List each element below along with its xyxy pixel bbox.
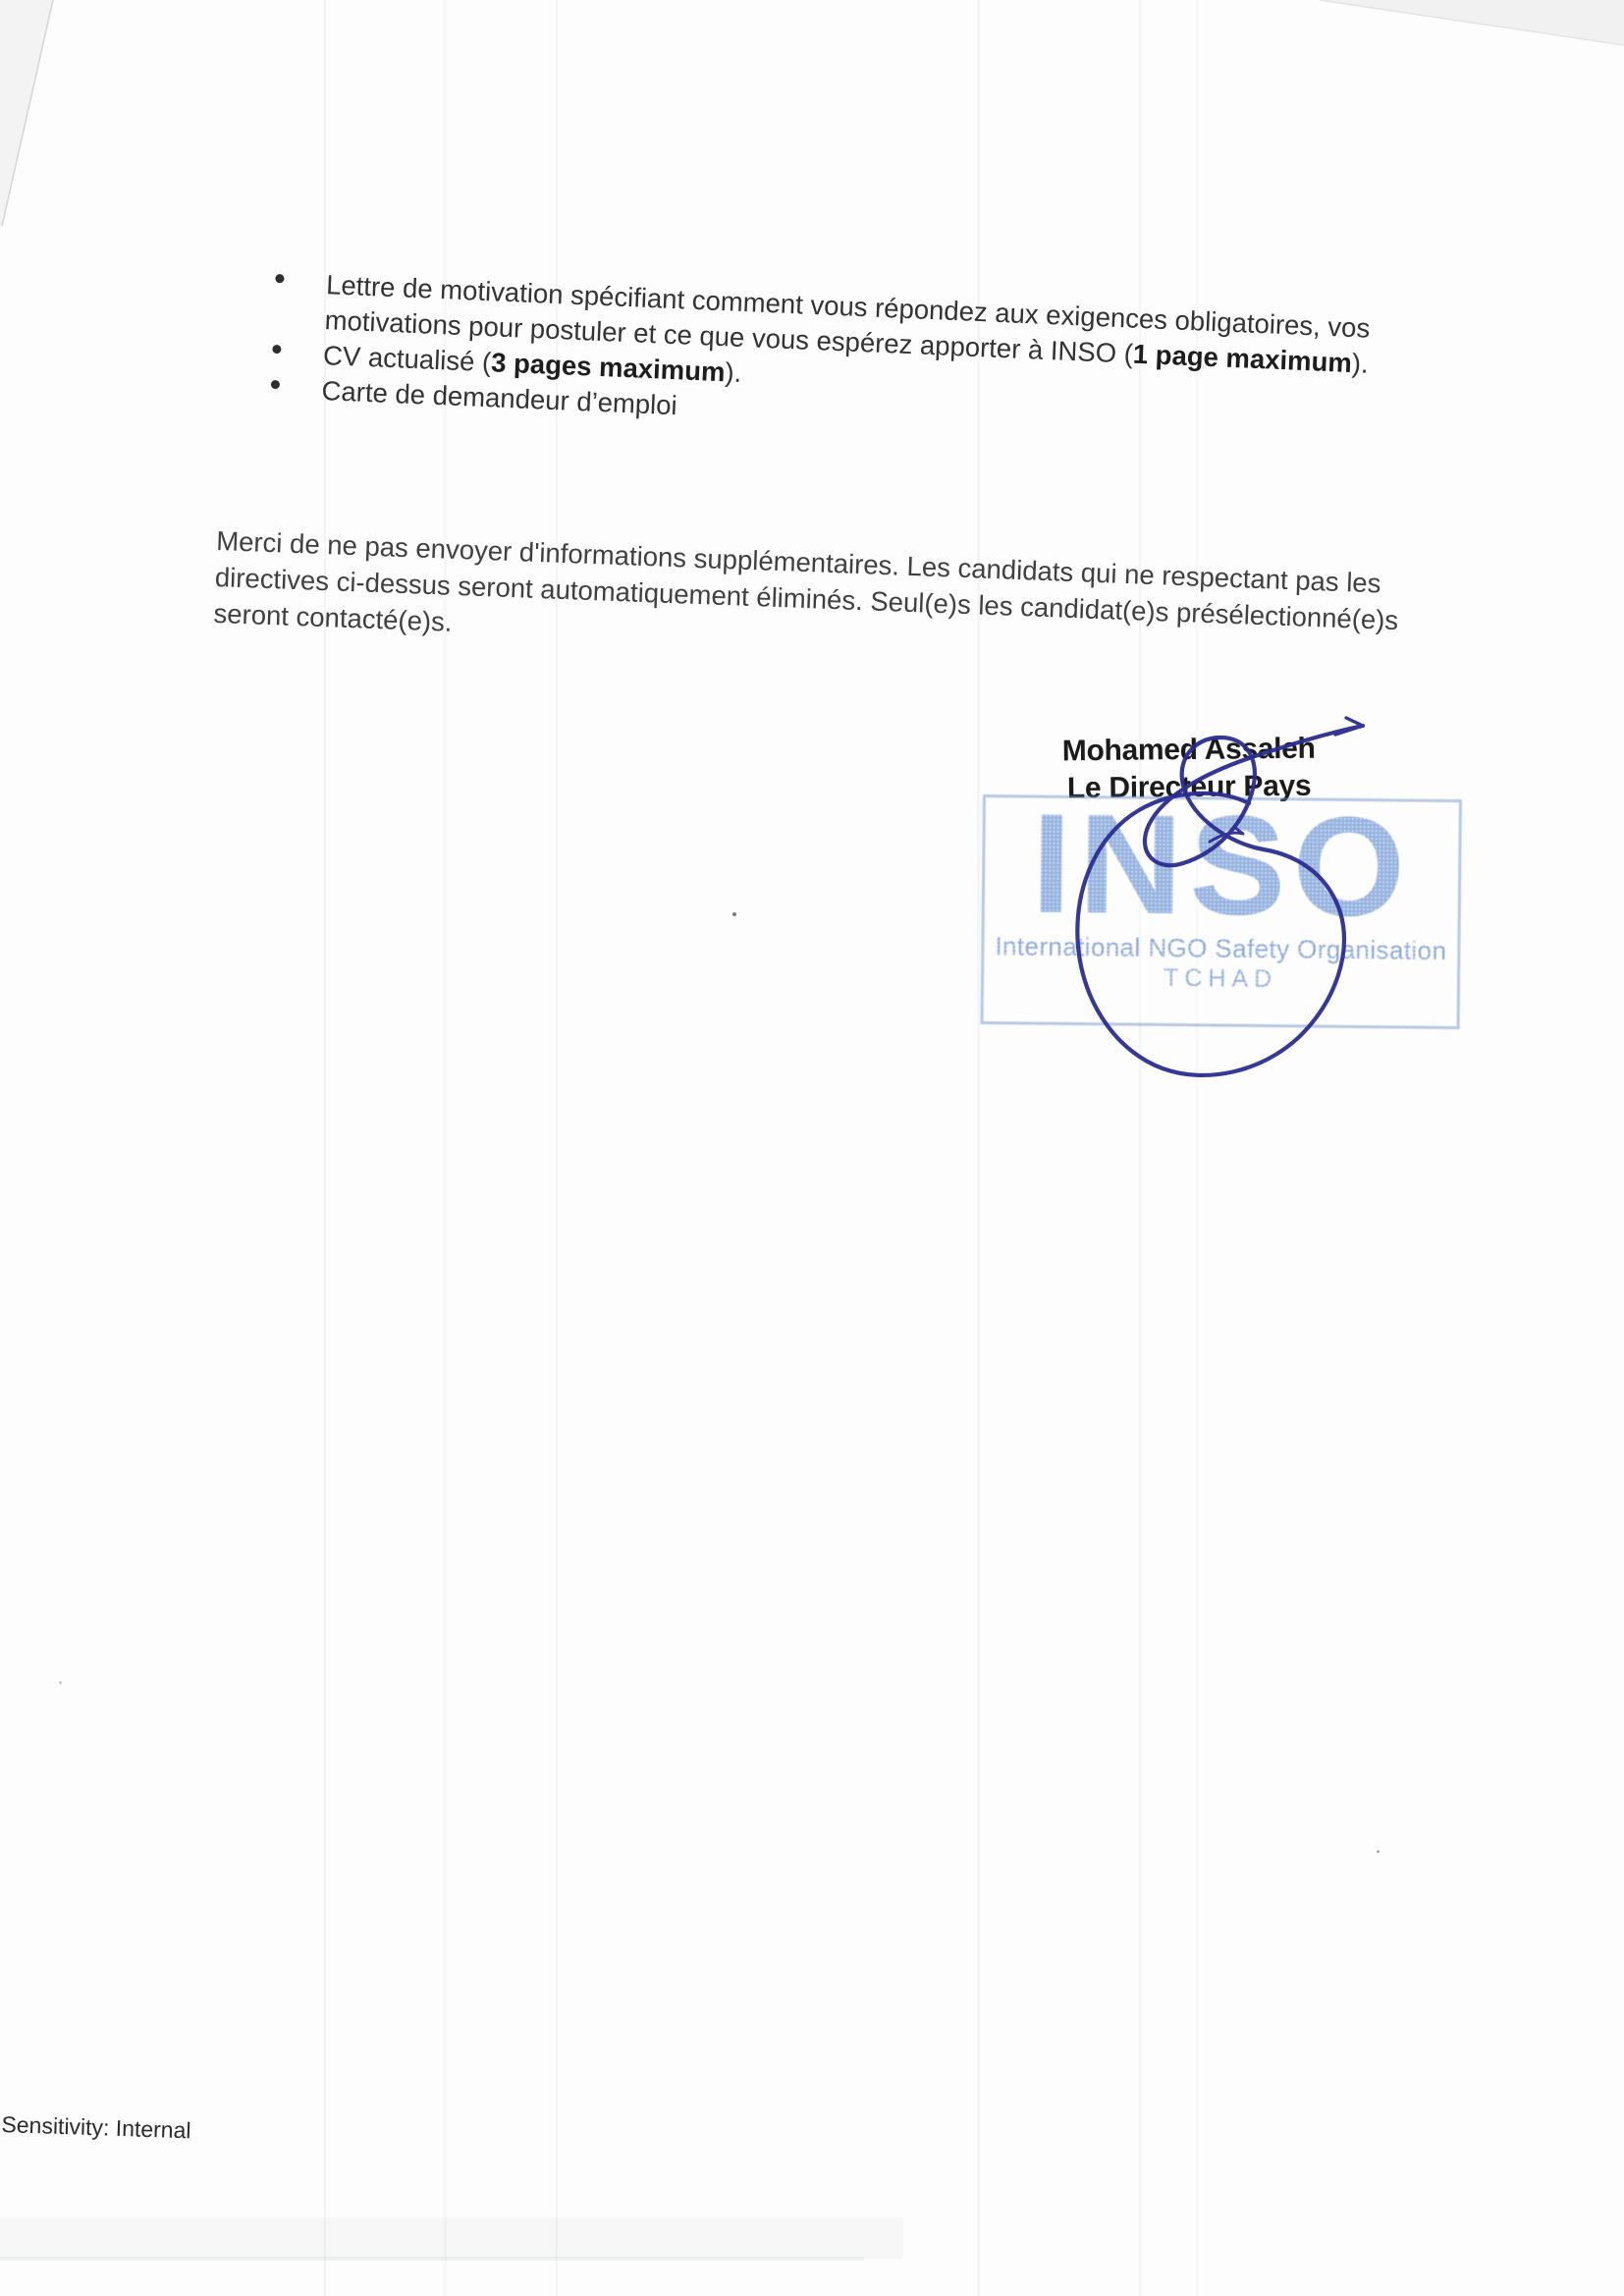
scanner-edge-line: [2, 0, 53, 226]
scan-noise-band: [0, 2217, 903, 2259]
scanner-edge-shade: [1320, 0, 1624, 45]
scanner-edge-top-left: [0, 0, 118, 255]
scanner-edge-shade: [0, 0, 53, 226]
bullet-dot: [271, 380, 280, 389]
bullet-dot: [275, 274, 284, 283]
signature-flick: [1335, 718, 1363, 735]
scan-speck: [59, 1681, 62, 1684]
signer-name: Mohamed Assaleh: [1049, 731, 1328, 771]
scan-speck: [732, 912, 736, 916]
inso-stamp: INSO International NGO Safety Organisati…: [981, 794, 1462, 1029]
scan-speck: [1377, 1850, 1380, 1853]
bullet-text-segment: ).: [1351, 348, 1369, 379]
scanner-edge-top-right: [1310, 0, 1624, 59]
bullet-dot: [272, 345, 281, 354]
scanner-edge-line: [1320, 0, 1624, 45]
bullet-list: Lettre de motivation spécifiant comment …: [270, 265, 1371, 453]
scan-noise-band: [0, 2257, 864, 2261]
bullet-text-segment-bold: 1 page maximum: [1132, 339, 1352, 378]
scanned-document-page: Lettre de motivation spécifiant comment …: [0, 0, 1624, 2296]
closing-paragraph: Merci de ne pas envoyer d'informations s…: [213, 522, 1400, 675]
sensitivity-label: Sensitivity: Internal: [1, 2111, 191, 2144]
bullet-text-segment: CV actualisé (: [323, 340, 492, 377]
stamp-ink-texture: [984, 797, 1459, 1026]
bullet-text-segment: ).: [725, 356, 742, 388]
